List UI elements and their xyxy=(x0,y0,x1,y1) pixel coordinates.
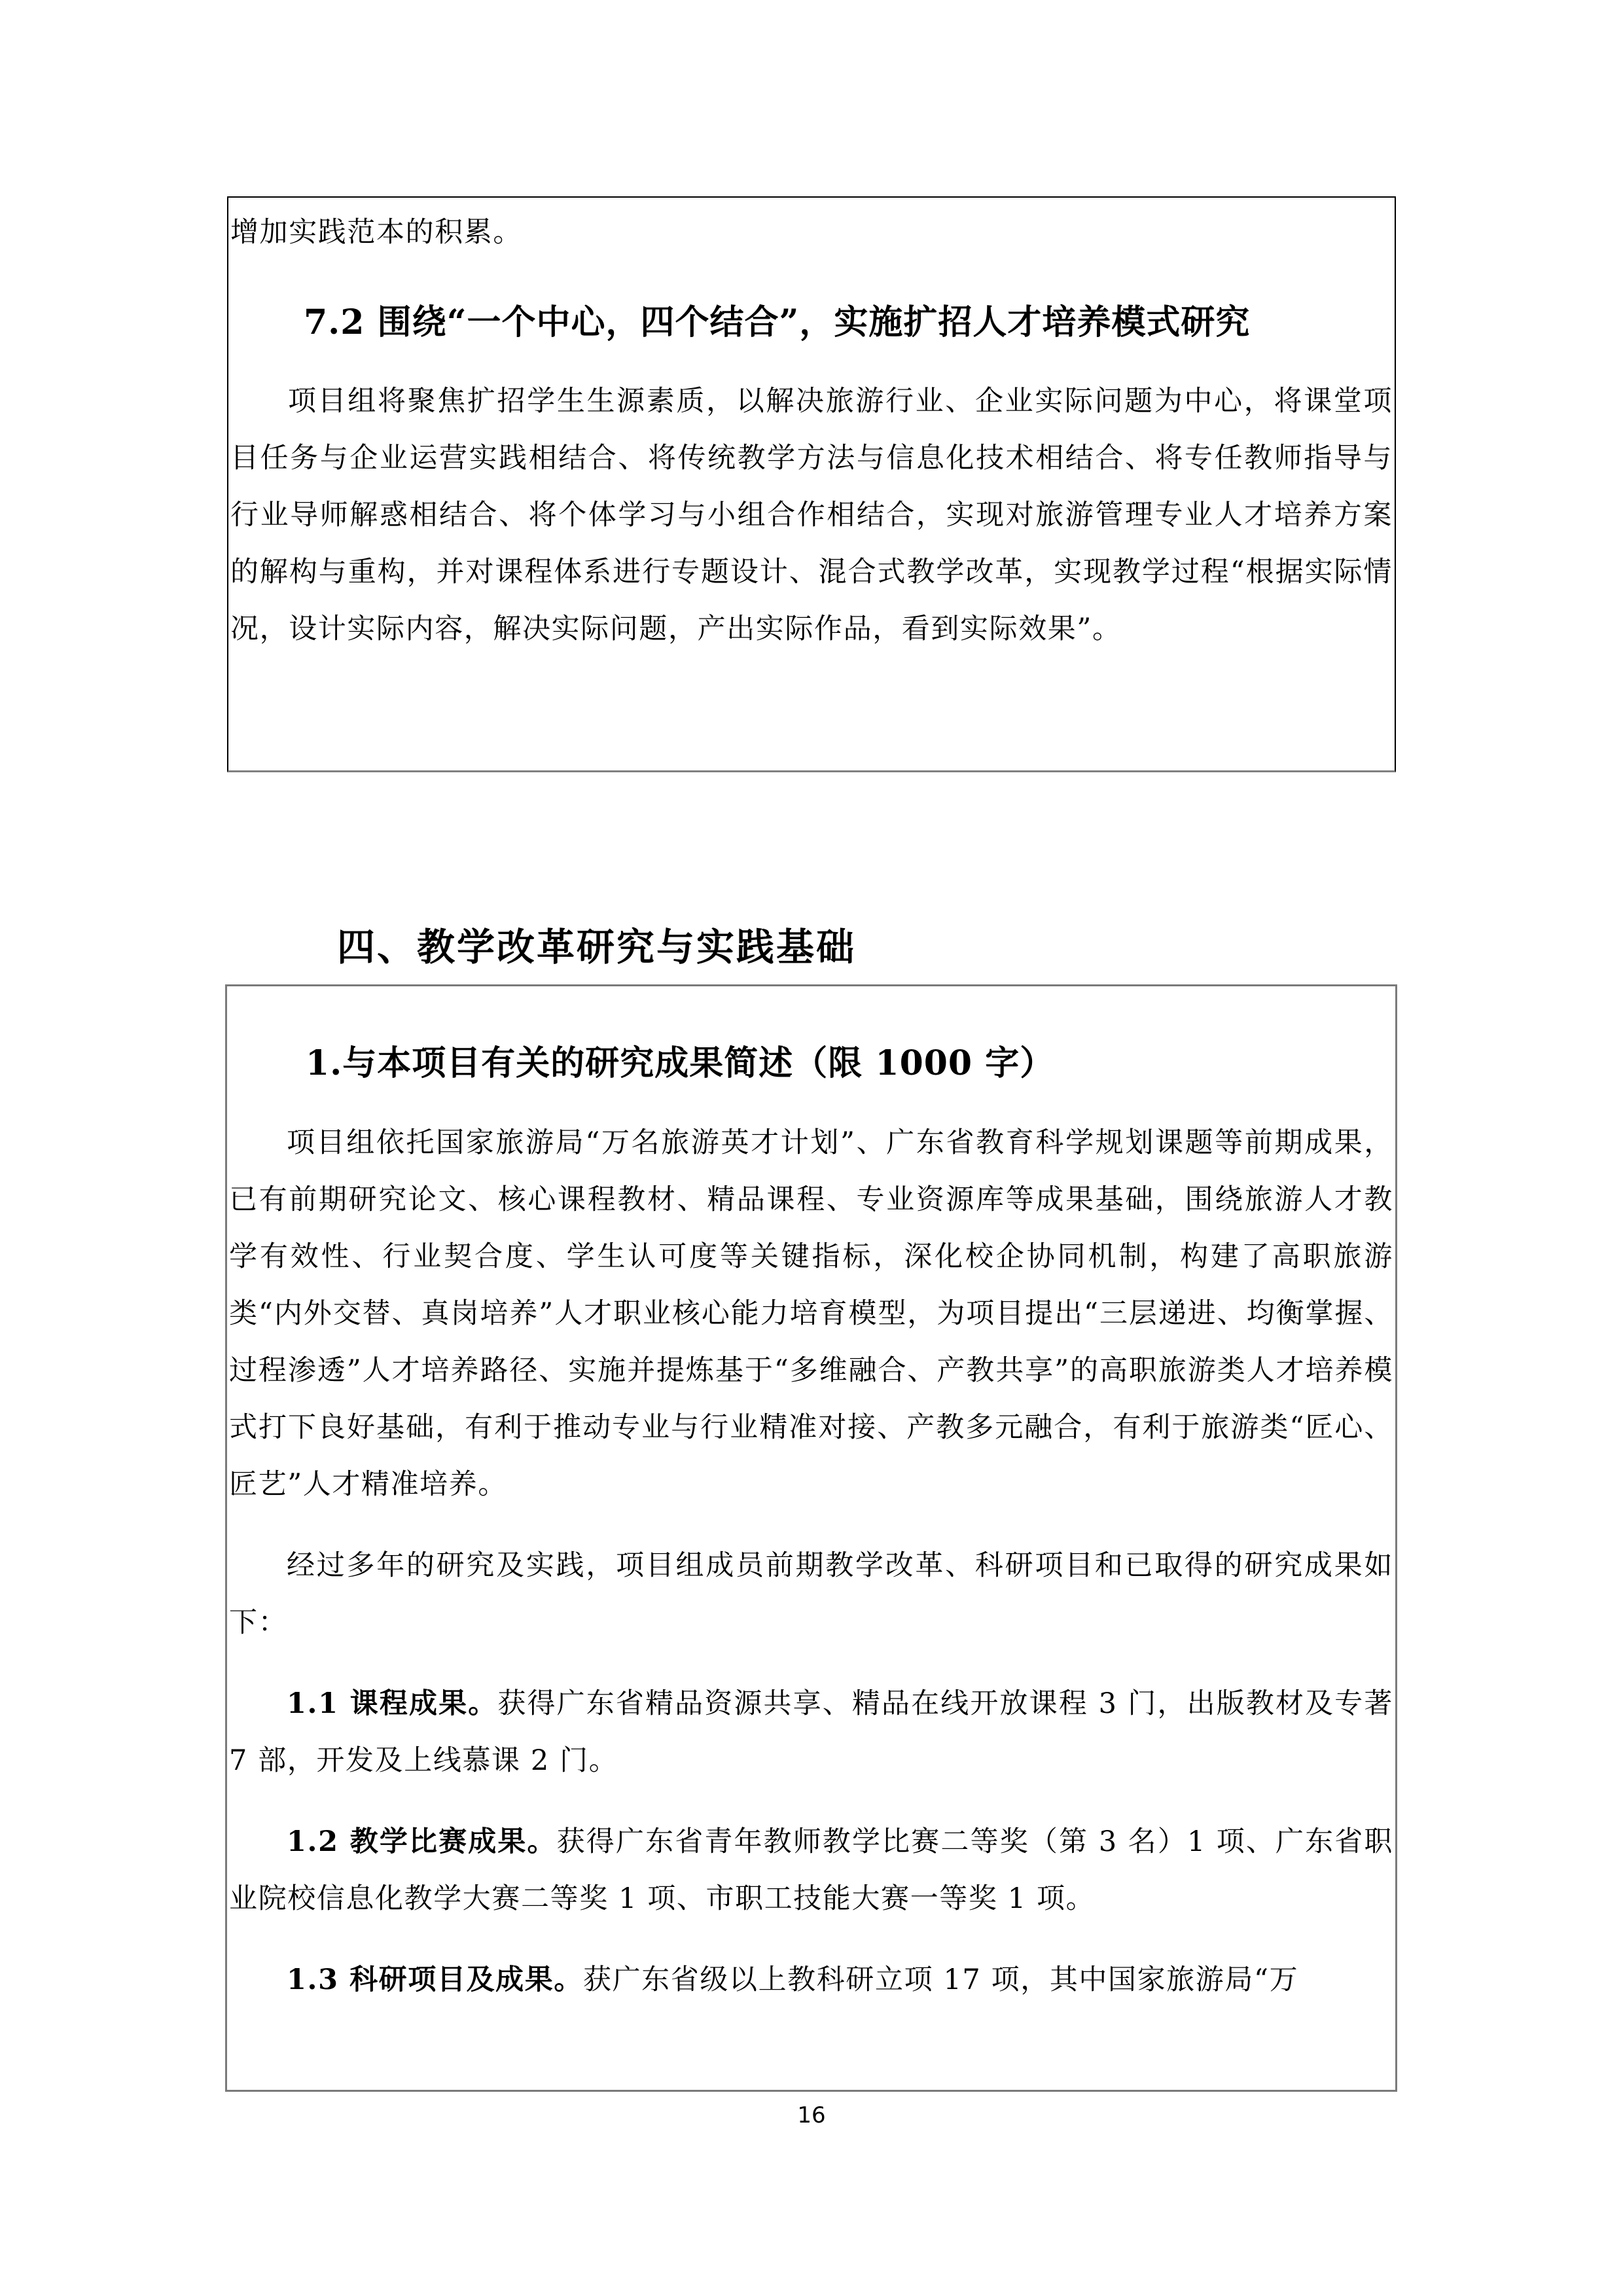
subheading-7-2: 7.2 围绕“一个中心，四个结合”，实施扩招人才培养模式研究 xyxy=(304,295,1393,344)
box1-subheading-wrap: 7.2 围绕“一个中心，四个结合”，实施扩招人才培养模式研究 xyxy=(304,295,1393,344)
box1-body: 项目组将聚焦扩招学生生源素质，以解决旅游行业、企业实际问题为中心，将课堂项目任务… xyxy=(230,373,1393,658)
subheading-research-summary: 1.与本项目有关的研究成果简述（限 1000 字） xyxy=(306,1035,1393,1085)
item-label: 1.2 教学比赛成果。 xyxy=(287,1825,557,1858)
paragraph-research-basis: 项目组依托国家旅游局“万名旅游英才计划”、广东省教育科学规划课题等前期成果，已有… xyxy=(229,1115,1393,1513)
continuation-text: 增加实践范本的积累。 xyxy=(230,204,1393,261)
content-box-section-7: 增加实践范本的积累。 7.2 围绕“一个中心，四个结合”，实施扩招人才培养模式研… xyxy=(227,196,1396,772)
item-competition-results: 1.2 教学比赛成果。获得广东省青年教师教学比赛二等奖（第 3 名）1 项、广东… xyxy=(229,1814,1393,1928)
paragraph-7-2: 项目组将聚焦扩招学生生源素质，以解决旅游行业、企业实际问题为中心，将课堂项目任务… xyxy=(230,373,1393,658)
item-course-results: 1.1 课程成果。获得广东省精品资源共享、精品在线开放课程 3 门，出版教材及专… xyxy=(229,1676,1393,1789)
box2-subheading-wrap: 1.与本项目有关的研究成果简述（限 1000 字） xyxy=(306,1035,1393,1085)
page-number: 16 xyxy=(0,2102,1623,2128)
item-label: 1.3 科研项目及成果。 xyxy=(287,1964,583,1996)
content-box-section-4: 1.与本项目有关的研究成果简述（限 1000 字） 项目组依托国家旅游局“万名旅… xyxy=(225,984,1397,2092)
paragraph-results-intro: 经过多年的研究及实践，项目组成员前期教学改革、科研项目和已取得的研究成果如下： xyxy=(229,1537,1393,1651)
box2-body: 项目组依托国家旅游局“万名旅游英才计划”、广东省教育科学规划课题等前期成果，已有… xyxy=(229,1115,1393,2009)
item-research-projects: 1.3 科研项目及成果。获广东省级以上教科研立项 17 项，其中国家旅游局“万 xyxy=(229,1952,1393,2009)
box1-content: 增加实践范本的积累。 xyxy=(230,204,1393,261)
section-heading: 四、教学改革研究与实践基础 xyxy=(337,916,856,971)
item-text: 获广东省级以上教科研立项 17 项，其中国家旅游局“万 xyxy=(583,1964,1298,1996)
item-label: 1.1 课程成果。 xyxy=(287,1687,497,1720)
